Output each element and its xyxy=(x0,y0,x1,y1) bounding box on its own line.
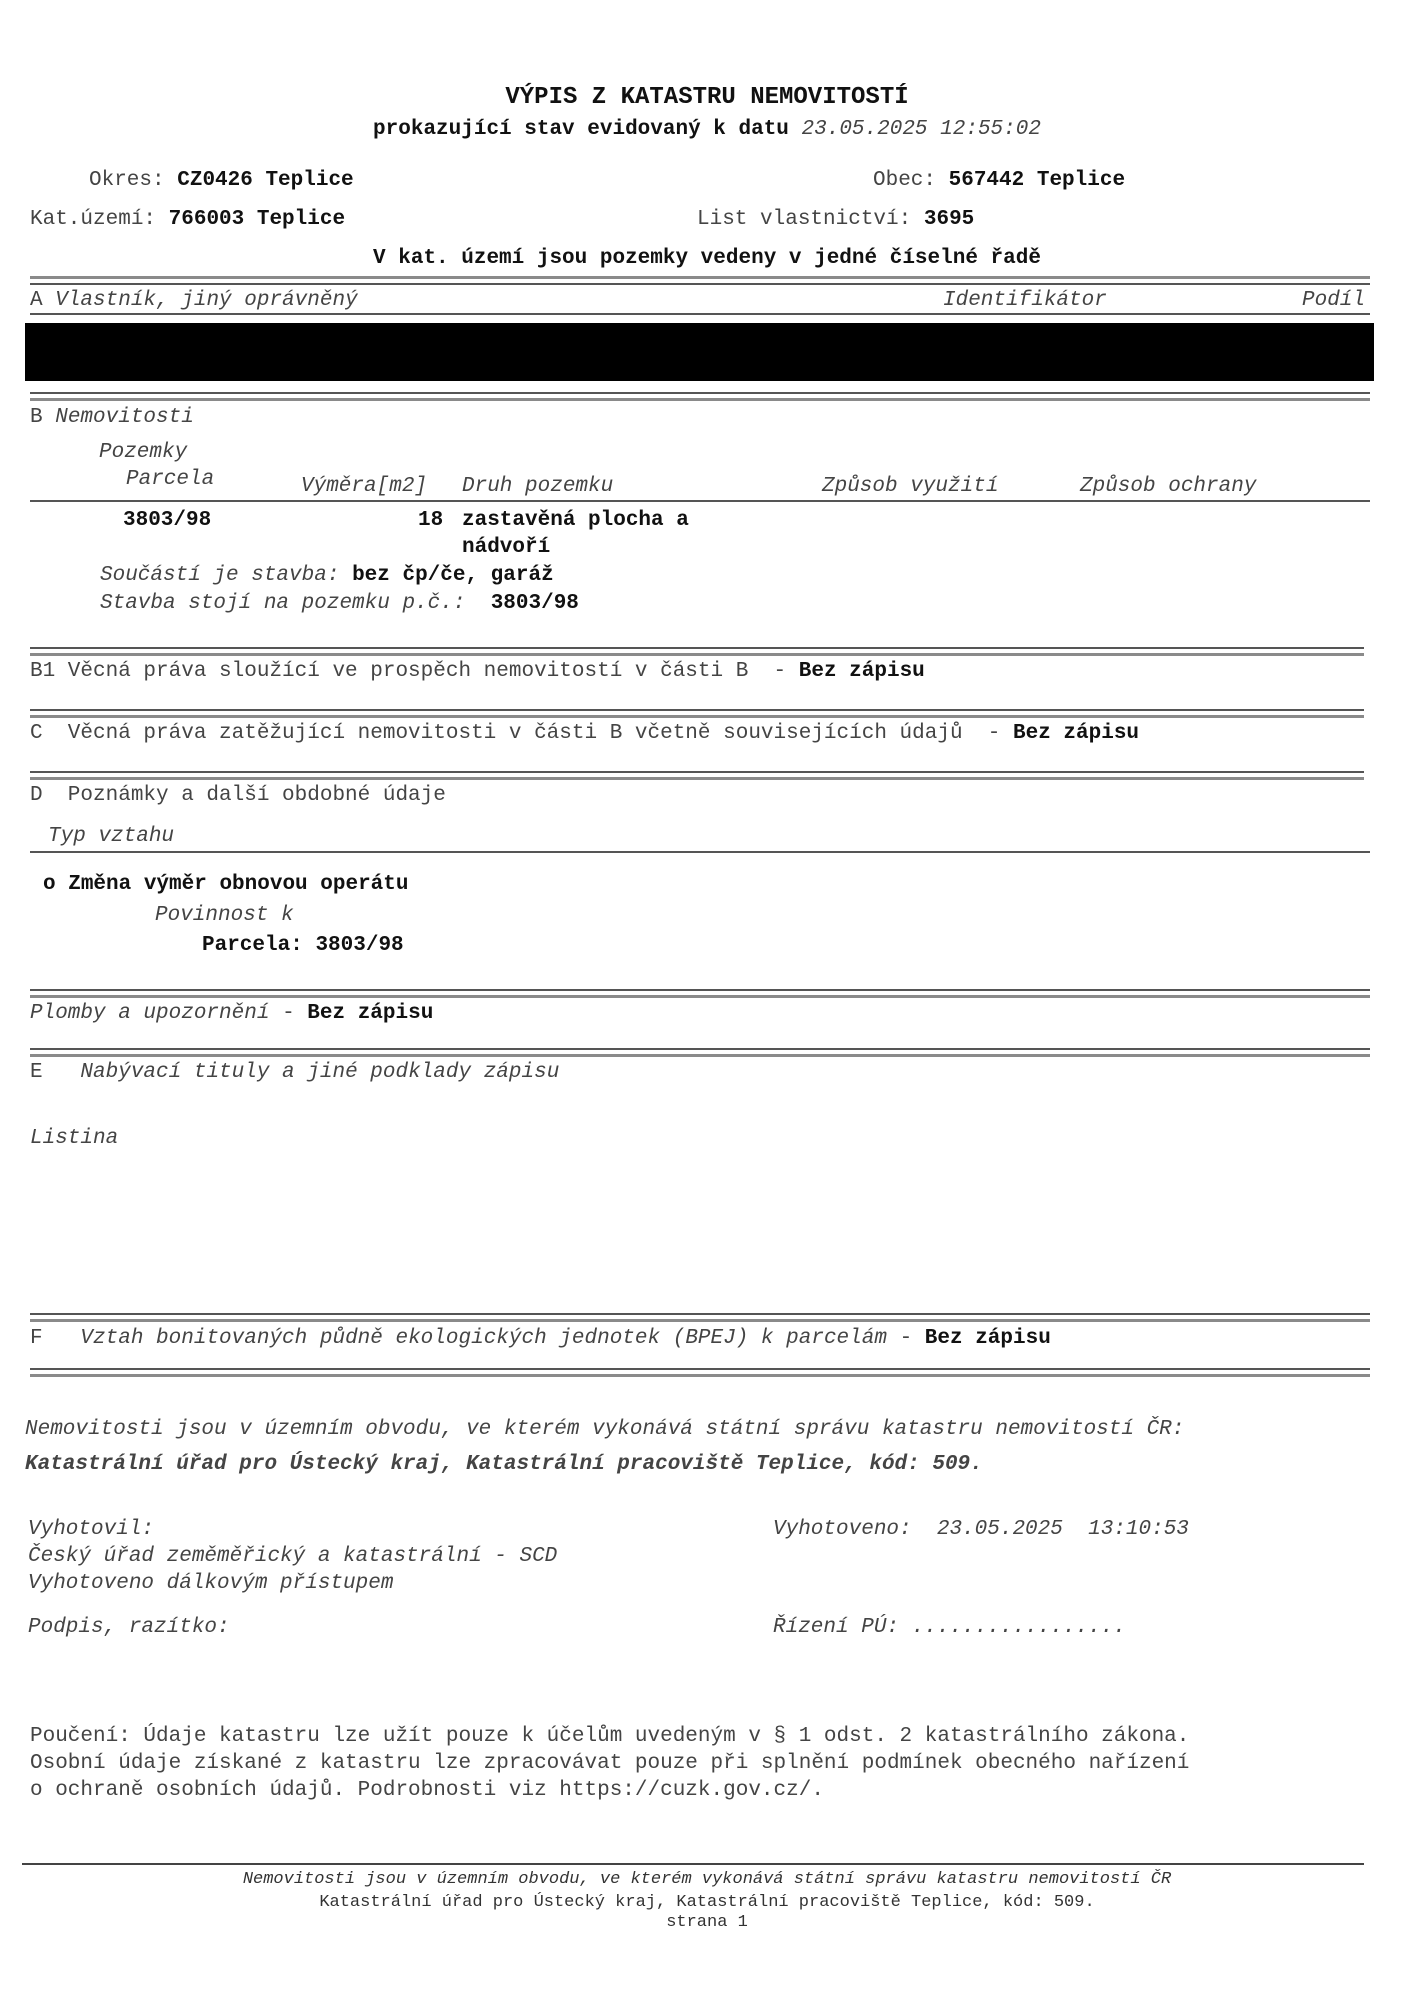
section-b-title: Nemovitosti xyxy=(55,406,194,429)
section-a-title: Vlastník, jiný oprávněný xyxy=(55,289,357,312)
col-podil: Podíl xyxy=(1302,289,1365,313)
divider xyxy=(30,283,1370,285)
divider xyxy=(30,653,1364,656)
footer-divider xyxy=(22,1863,1364,1865)
dash: - xyxy=(282,1002,295,1025)
dash: - xyxy=(774,660,787,683)
row-parcela: 3803/98 xyxy=(123,509,211,533)
vyhotoveno-time: 13:10:53 xyxy=(1088,1518,1189,1541)
row-druh-line2: nádvoří xyxy=(462,536,550,560)
section-c-value: Bez zápisu xyxy=(1013,722,1139,745)
rizeni: Řízení PÚ: ................. xyxy=(773,1616,1126,1640)
section-b1-label: B1 Věcná práva sloužící ve prospěch nemo… xyxy=(30,660,748,683)
divider xyxy=(30,777,1364,780)
divider xyxy=(30,398,1370,401)
plomby: Plomby a upozornění - Bez zápisu xyxy=(30,1002,433,1026)
divider xyxy=(30,276,1370,279)
note-item: o Změna výměr obnovou operátu xyxy=(43,873,408,897)
obec-label: Obec: xyxy=(873,169,936,192)
subtitle: prokazující stav evidovaný k datu 23.05.… xyxy=(0,118,1414,142)
section-e-letter: E xyxy=(30,1061,43,1084)
section-f-value: Bez zápisu xyxy=(925,1327,1051,1350)
section-b1: B1 Věcná práva sloužící ve prospěch nemo… xyxy=(30,660,925,684)
divider xyxy=(30,647,1364,649)
divider xyxy=(30,500,1370,502)
divider xyxy=(30,1319,1370,1322)
vyhotovil-method: Vyhotoveno dálkovým přístupem xyxy=(28,1572,393,1596)
divider xyxy=(30,709,1364,711)
divider xyxy=(30,851,1370,853)
plomby-label: Plomby a upozornění xyxy=(30,1002,269,1025)
page-number: strana 1 xyxy=(0,1913,1414,1933)
okres-field: Okres: CZ0426 Teplice xyxy=(89,169,354,193)
pozemky-subheading: Pozemky xyxy=(99,441,187,465)
stavba-label: Stavba stojí na pozemku p.č.: xyxy=(100,592,465,615)
vyhotoveno: Vyhotoveno: 23.05.2025 13:10:53 xyxy=(773,1518,1189,1542)
stavba-stoji: Stavba stojí na pozemku p.č.: 3803/98 xyxy=(100,592,579,616)
listina: Listina xyxy=(30,1127,118,1151)
divider xyxy=(30,1374,1370,1377)
col-identifikator: Identifikátor xyxy=(943,289,1107,313)
section-d-label: D Poznámky a další obdobné údaje xyxy=(30,784,446,808)
typ-vztahu: Typ vztahu xyxy=(48,825,174,849)
plomby-value: Bez zápisu xyxy=(307,1002,433,1025)
list-vlastnictvi-value: 3695 xyxy=(924,208,974,231)
subtitle-label: prokazující stav evidovaný k datu xyxy=(373,118,789,141)
vyhotovil-label: Vyhotovil: xyxy=(28,1518,154,1542)
subtitle-date: 23.05.2025 12:55:02 xyxy=(802,118,1041,141)
podpis-label: Podpis, razítko: xyxy=(28,1616,230,1640)
kat-uzemi-field: Kat.území: 766003 Teplice xyxy=(30,208,345,232)
section-c: C Věcná práva zatěžující nemovitosti v č… xyxy=(30,722,1139,746)
numbering-note: V kat. území jsou pozemky vedeny v jedné… xyxy=(0,247,1414,271)
col-druh: Druh pozemku xyxy=(462,475,613,499)
rizeni-label: Řízení PÚ: xyxy=(773,1616,899,1639)
col-vymera: Výměra[m2] xyxy=(301,475,427,499)
notice-line2: Osobní údaje získané z katastru lze zpra… xyxy=(30,1752,1189,1776)
col-parcela: Parcela xyxy=(126,468,214,492)
okres-label: Okres: xyxy=(89,169,165,192)
footer-line2: Katastrální úřad pro Ústecký kraj, Katas… xyxy=(0,1893,1414,1913)
divider xyxy=(30,1313,1370,1315)
divider xyxy=(30,989,1370,991)
section-b-heading: B Nemovitosti xyxy=(30,406,194,430)
obec-field: Obec: 567442 Teplice xyxy=(873,169,1125,193)
notice-line1: Poučení: Údaje katastru lze užít pouze k… xyxy=(30,1725,1189,1749)
divider xyxy=(30,771,1364,773)
stavba-value: 3803/98 xyxy=(491,592,579,615)
note-parcela: Parcela: 3803/98 xyxy=(202,934,404,958)
section-c-label: C Věcná práva zatěžující nemovitosti v č… xyxy=(30,722,963,745)
divider xyxy=(30,1368,1370,1370)
okres-value: CZ0426 Teplice xyxy=(177,169,353,192)
obec-value: 567442 Teplice xyxy=(949,169,1125,192)
section-f: F Vztah bonitovaných půdně ekologických … xyxy=(30,1327,1051,1351)
page-title: VÝPIS Z KATASTRU NEMOVITOSTÍ xyxy=(0,86,1414,110)
section-b-letter: B xyxy=(30,406,43,429)
divider xyxy=(30,995,1370,998)
divider xyxy=(30,313,1370,315)
rizeni-value: ................. xyxy=(912,1616,1126,1639)
vyhotoveno-date: 23.05.2025 xyxy=(937,1518,1063,1541)
divider xyxy=(30,1054,1370,1057)
list-vlastnictvi-label: List vlastnictví: xyxy=(697,208,911,231)
section-a-letter: A xyxy=(30,289,43,312)
note-parcela-value: 3803/98 xyxy=(315,934,403,957)
section-f-letter: F xyxy=(30,1327,43,1350)
dash: - xyxy=(900,1327,913,1350)
row-vymera: 18 xyxy=(418,509,443,533)
divider xyxy=(30,715,1364,718)
footer-line1: Nemovitosti jsou v územním obvodu, ve kt… xyxy=(0,1870,1414,1890)
povinnost: Povinnost k xyxy=(155,904,294,928)
dash: - xyxy=(988,722,1001,745)
section-e-heading: E Nabývací tituly a jiné podklady zápisu xyxy=(30,1061,559,1085)
divider xyxy=(30,1048,1370,1050)
note-parcela-label: Parcela: xyxy=(202,934,303,957)
section-b1-value: Bez zápisu xyxy=(799,660,925,683)
redacted-owner-block xyxy=(25,323,1374,381)
section-a-heading: A Vlastník, jiný oprávněný xyxy=(30,289,358,313)
kat-uzemi-label: Kat.území: xyxy=(30,208,156,231)
note-title: Změna výměr obnovou operátu xyxy=(68,873,408,896)
bullet-icon: o xyxy=(43,873,56,896)
authority-line2: Katastrální úřad pro Ústecký kraj, Katas… xyxy=(25,1453,983,1477)
vyhotovil-org: Český úřad zeměměřický a katastrální - S… xyxy=(28,1545,557,1569)
section-e-title: Nabývací tituly a jiné podklady zápisu xyxy=(80,1061,559,1084)
vyhotoveno-label: Vyhotoveno: xyxy=(773,1518,912,1541)
list-vlastnictvi-field: List vlastnictví: 3695 xyxy=(697,208,974,232)
row-druh-line1: zastavěná plocha a xyxy=(462,509,689,533)
section-f-title: Vztah bonitovaných půdně ekologických je… xyxy=(80,1327,887,1350)
col-zpusob-ochrany: Způsob ochrany xyxy=(1080,475,1256,499)
col-zpusob-vyuziti: Způsob využití xyxy=(822,475,998,499)
authority-line1: Nemovitosti jsou v územním obvodu, ve kt… xyxy=(25,1418,1184,1442)
divider xyxy=(30,392,1370,394)
notice-line3: o ochraně osobních údajů. Podrobnosti vi… xyxy=(30,1779,824,1803)
soucasti-label: Součástí je stavba: xyxy=(100,564,339,587)
soucasti-stavba: Součástí je stavba: bez čp/če, garáž xyxy=(100,564,554,588)
kat-uzemi-value: 766003 Teplice xyxy=(169,208,345,231)
soucasti-value: bez čp/če, garáž xyxy=(352,564,554,587)
